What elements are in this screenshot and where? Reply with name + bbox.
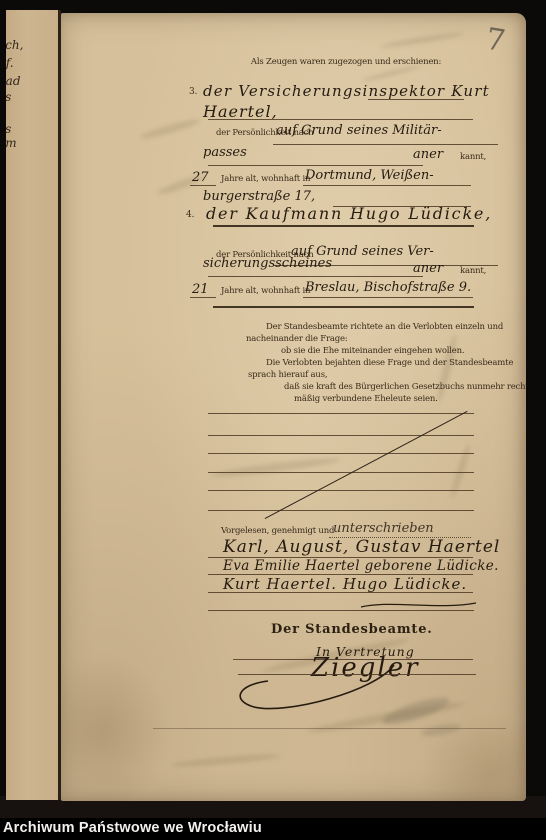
witness4-number: 4. [186, 210, 194, 220]
blank-rule [208, 510, 474, 511]
witness3-age-label: Jahre alt, wohnhaft in [221, 174, 310, 184]
bleedthrough-smudge [171, 752, 281, 769]
witness3-number: 3. [189, 87, 197, 97]
margin-fragment: om [6, 136, 17, 150]
margin-fragment: ach, [6, 38, 23, 52]
form-rule-thick [213, 306, 474, 308]
signature-witnesses: Kurt Haertel. Hugo Lüdicke. [223, 575, 467, 593]
bleedthrough-smudge [211, 455, 341, 480]
closing-handwritten: unterschrieben [333, 521, 434, 536]
margin-fragment: es [6, 122, 11, 136]
witness4-residence: Breslau, Bischofstraße 9. [305, 280, 471, 295]
bleedthrough-smudge [435, 333, 460, 403]
signature-bride: Eva Emilie Haertel geborene Lüdicke. [223, 558, 499, 574]
form-rule-thick [213, 225, 474, 227]
witness3-identity-hand1: auf Grund seines Militär- [276, 123, 442, 138]
blank-rule [208, 413, 474, 414]
form-rule [368, 99, 464, 100]
signature-rule [208, 610, 474, 611]
blank-rule [208, 435, 474, 436]
bleedthrough-smudge [379, 30, 465, 49]
declaration-line: nacheinander die Frage: [246, 334, 347, 344]
witness3-identity-label-end: kannt, [460, 152, 486, 162]
signature-groom: Karl, August, Gustav Haertel [223, 537, 500, 557]
form-rule [190, 297, 216, 298]
bleedthrough-smudge [139, 117, 201, 142]
form-rule [303, 297, 473, 298]
form-rule [208, 276, 423, 277]
pencil-page-number: 7 [483, 22, 507, 60]
blank-rule [208, 490, 474, 491]
registrar-title: Der Standesbeamte. [271, 622, 433, 637]
form-rule [303, 185, 471, 186]
declaration-line: sprach hierauf aus, [248, 370, 327, 380]
blank-rule [208, 453, 474, 454]
declaration-line: mäßig verbundene Eheleute seien. [294, 394, 438, 404]
signature-rule [208, 592, 473, 593]
margin-fragment: uf. [6, 56, 14, 70]
form-rule [208, 119, 473, 120]
form-rule [208, 165, 423, 166]
archive-watermark-bar: Archiwum Państwowe we Wrocławiu [0, 818, 546, 840]
facing-page-edge: ach, uf. bad es : es om i [6, 10, 61, 800]
witness-section-heading: Als Zeugen waren zugezogen und erschiene… [216, 57, 476, 67]
blank-rule [208, 472, 474, 473]
witness3-residence-line1: Dortmund, Weißen- [305, 168, 434, 183]
witness3-residence-line2: burgerstraße 17, [203, 189, 315, 204]
witness4-identity-hand-suffix: aner [413, 261, 443, 276]
archive-watermark-text: Archiwum Państwowe we Wrocławiu [3, 820, 262, 836]
witness4-age: 21 [192, 282, 209, 297]
declaration-line: ob sie die Ehe miteinander eingehen woll… [281, 346, 464, 356]
archival-photo: Archiwum Państwowe we Wrocławiu ach, uf.… [0, 0, 546, 840]
witness4-age-label: Jahre alt, wohnhaft in [221, 286, 310, 296]
declaration-line: Die Verlobten bejahten diese Frage und d… [266, 358, 513, 368]
declaration-line: daß sie kraft des Bürgerlichen Gesetzbuc… [284, 382, 526, 392]
margin-fragment: es [6, 90, 11, 104]
paper-stain [61, 653, 171, 801]
registrar-signature-flourish [226, 661, 416, 719]
closing-printed: Vorgelesen, genehmigt und [221, 526, 334, 536]
witness4-identity-hand2: sicherungsscheines [203, 256, 332, 271]
witness4-identity-label-end: kannt, [460, 266, 486, 276]
declaration-line: Der Standesbeamte richtete an die Verlob… [266, 322, 503, 332]
form-rule [190, 185, 216, 186]
witness4-name-line: der Kaufmann Hugo Lüdicke, [206, 204, 492, 223]
margin-fragment: bad [6, 74, 21, 88]
witness3-age: 27 [192, 170, 209, 185]
form-rule [273, 144, 498, 145]
witness3-name-line1: der Versicherungsinspektor Kurt [203, 82, 490, 100]
witness3-identity-hand2: passes [203, 145, 247, 160]
register-page: 7 Als Zeugen waren zugezogen und erschie… [61, 13, 526, 801]
witness3-identity-hand-suffix: aner [413, 147, 443, 162]
